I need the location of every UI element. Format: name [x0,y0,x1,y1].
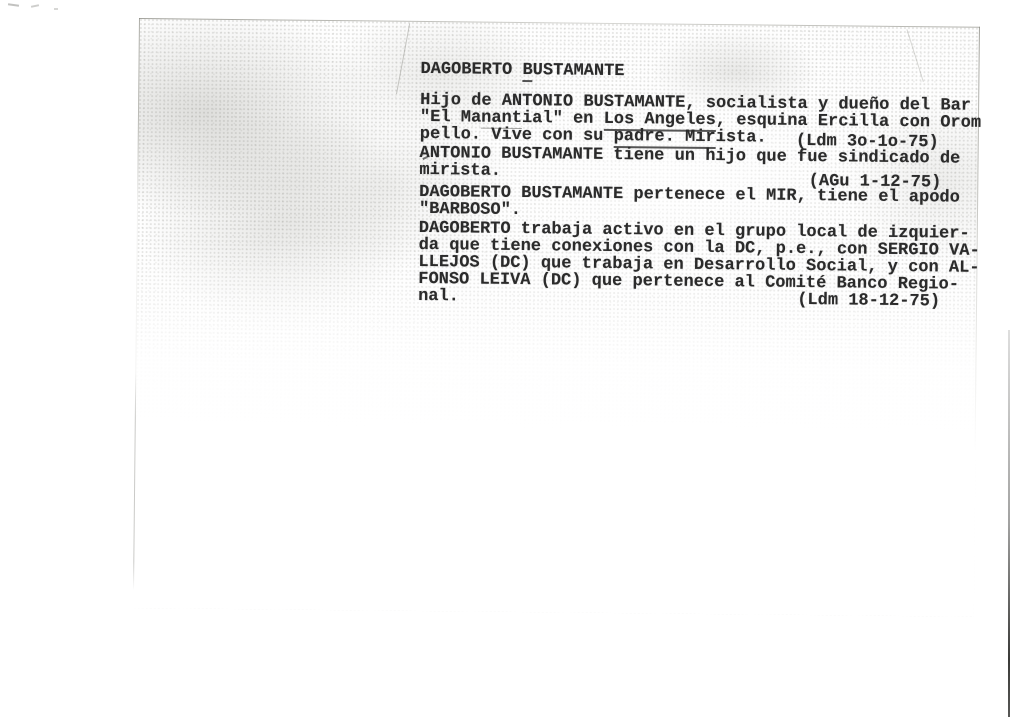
source-date: (Ldm 18-12-75) [797,292,940,310]
pencil-stray-mark [54,8,58,10]
title-underlined-letter: B [522,61,532,82]
typed-text-block: DAGOBERTO BUSTAMANTE Hijo de ANTONIO BUS… [418,61,973,311]
pencil-stray-mark [31,4,39,8]
pencil-stray-mark [8,3,19,7]
text-segment: pello. Vive con su [420,125,614,146]
source-date: (AGu 1-12-75) [809,173,942,191]
scanned-page: DAGOBERTO BUSTAMANTE Hijo de ANTONIO BUS… [0,0,1012,717]
text-segment-group: pello. Vive con su padre. Mirista. [420,126,767,147]
text-segment: nal. [418,288,459,305]
paragraph-4: DAGOBERTO trabaja activo en el grupo loc… [418,220,971,311]
paragraph-1: Hijo de ANTONIO BUSTAMANTE, socialista y… [420,92,973,149]
source-date: (Ldm 3o-1o-75) [796,133,939,151]
title-segment: USTAMANTE [533,61,625,81]
title-segment: DAGOBERTO [420,60,522,80]
scan-edge-artifact [1008,330,1010,717]
text-segment: ista. [716,128,767,148]
index-card: DAGOBERTO BUSTAMANTE Hijo de ANTONIO BUS… [133,18,980,617]
